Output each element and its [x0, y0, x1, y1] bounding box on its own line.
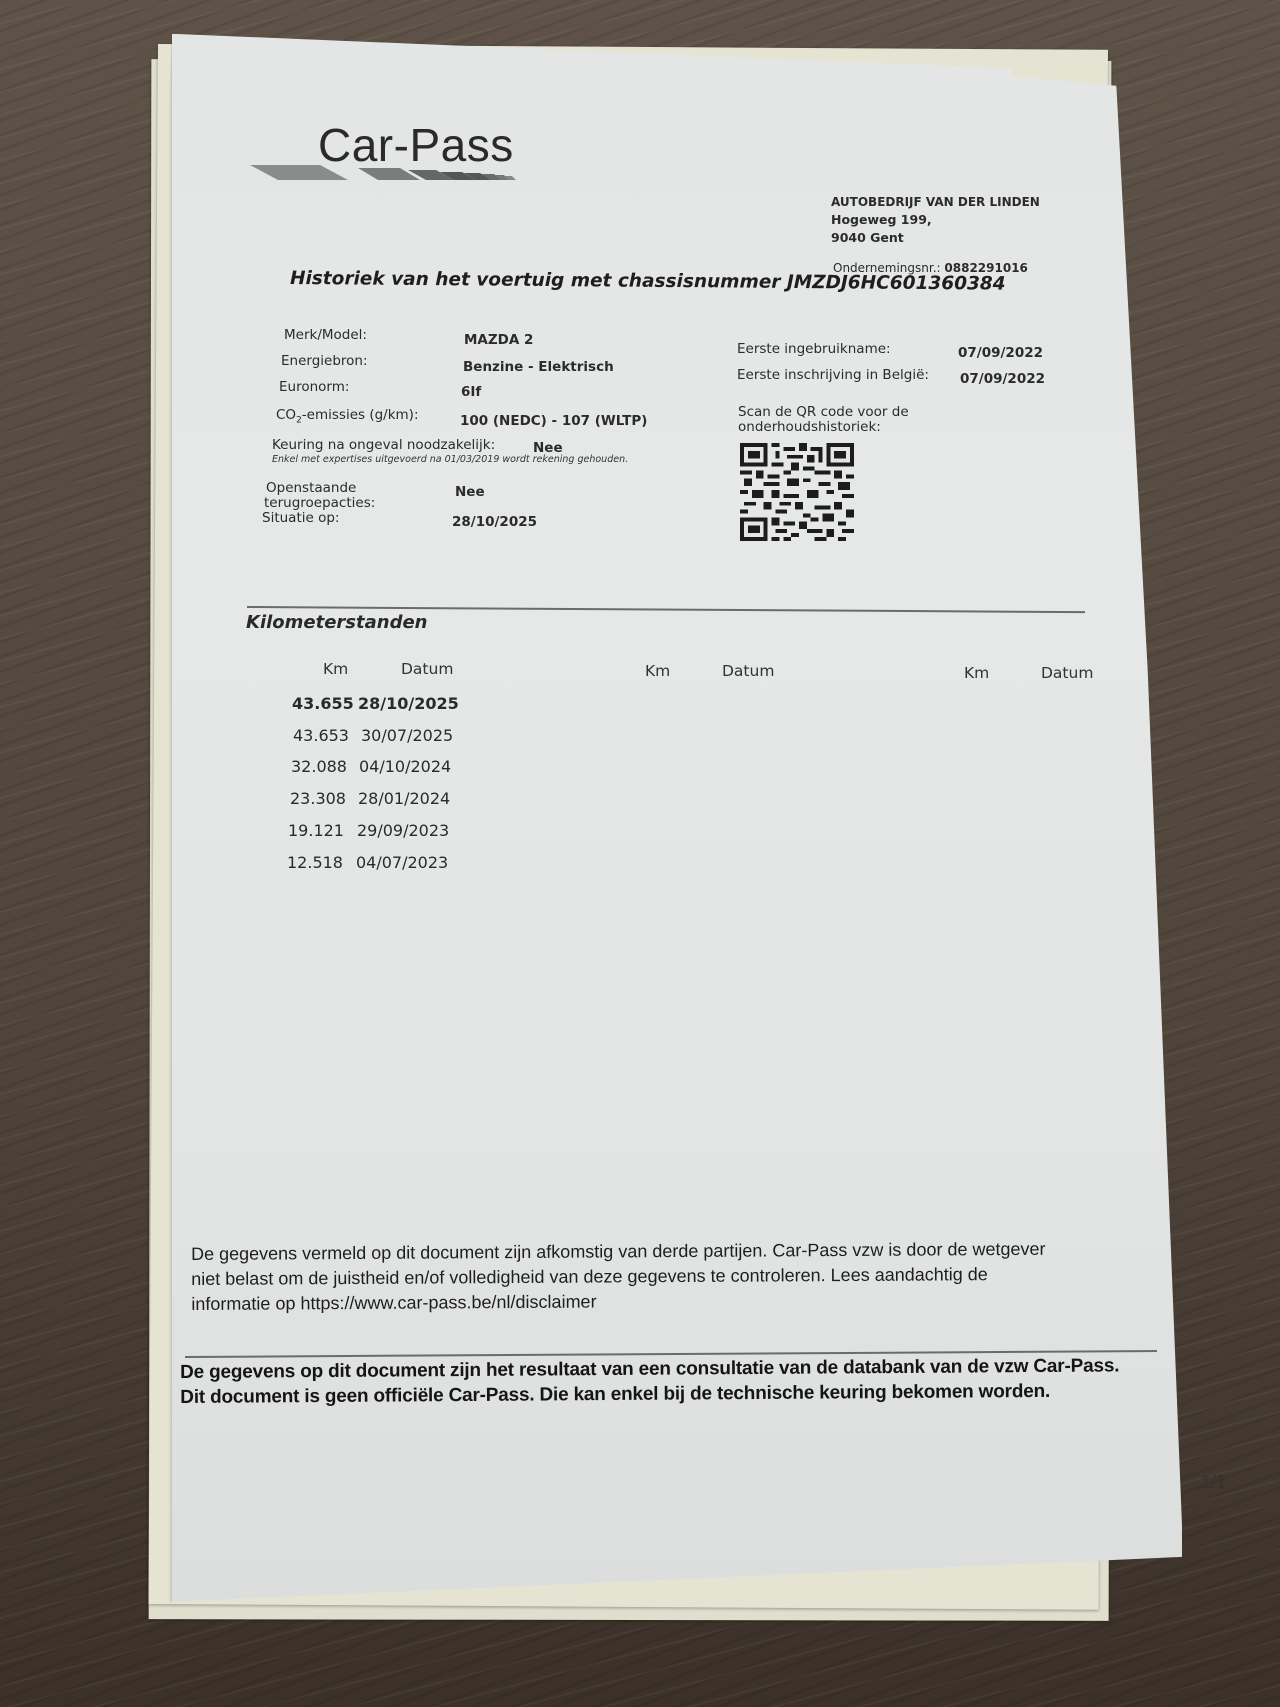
col2-km-header: Km	[645, 662, 670, 680]
open-recalls-label-line2: terugroepacties:	[264, 495, 375, 511]
qr-caption-line1: Scan de QR code voor de	[738, 405, 909, 420]
col1-km-header: Km	[323, 660, 348, 678]
company-name: AUTOBEDRIJF VAN DER LINDEN	[831, 194, 1040, 211]
brand-model-label: Merk/Model:	[284, 327, 367, 343]
co2-label: CO2-emissies (g/km):	[276, 407, 419, 426]
situation-value: 28/10/2025	[452, 514, 537, 530]
col2-date-header: Datum	[722, 662, 774, 680]
mileage-row-km: 23.308	[290, 789, 346, 808]
page-number: 1/1	[1201, 1472, 1226, 1493]
car-pass-stripes-icon	[250, 162, 520, 182]
official-notice: De gegevens op dit document zijn het res…	[180, 1353, 1170, 1410]
mileage-row-date: 29/09/2023	[357, 821, 449, 840]
mileage-row-km: 43.653	[293, 726, 349, 745]
situation-label: Situatie op:	[262, 510, 339, 526]
open-recalls-label-line1: Openstaande	[266, 480, 356, 496]
mileage-row-date: 30/07/2025	[361, 726, 453, 745]
mileage-row-date: 28/10/2025	[358, 694, 459, 713]
col1-date-header: Datum	[401, 660, 453, 678]
mileage-row-km: 19.121	[288, 821, 344, 840]
co2-value: 100 (NEDC) - 107 (WLTP)	[460, 413, 647, 429]
company-street: Hogeweg 199,	[831, 211, 932, 228]
brand-model-value: MAZDA 2	[464, 332, 533, 348]
mileage-section-title: Kilometerstanden	[246, 612, 428, 633]
co2-label-prefix: CO	[276, 407, 296, 423]
inspection-note: Enkel met expertises uitgevoerd na 01/03…	[272, 454, 628, 465]
qr-code-icon[interactable]	[739, 443, 855, 541]
mileage-row-date: 28/01/2024	[358, 789, 450, 808]
euronorm-value: 6If	[461, 384, 481, 400]
first-use-value: 07/09/2022	[958, 345, 1043, 361]
open-recalls-value: Nee	[455, 484, 485, 500]
mileage-row-date: 04/07/2023	[356, 853, 448, 872]
inspection-label: Keuring na ongeval noodzakelijk:	[272, 437, 495, 453]
company-city: 9040 Gent	[831, 229, 904, 246]
col3-km-header: Km	[964, 664, 989, 682]
co2-label-suffix: -emissies (g/km):	[302, 407, 419, 423]
first-registration-value: 07/09/2022	[960, 371, 1045, 387]
qr-caption-line2: onderhoudshistoriek:	[738, 420, 881, 435]
mileage-row-km: 43.655	[292, 694, 354, 713]
mileage-row-km: 12.518	[287, 853, 343, 872]
first-registration-label: Eerste inschrijving in België:	[737, 367, 929, 383]
energy-source-value: Benzine - Elektrisch	[463, 359, 614, 375]
mileage-row-km: 32.088	[291, 757, 347, 776]
col3-date-header: Datum	[1041, 664, 1093, 682]
euronorm-label: Euronorm:	[279, 379, 349, 395]
mileage-row-date: 04/10/2024	[359, 757, 451, 776]
energy-source-label: Energiebron:	[281, 353, 368, 369]
first-use-label: Eerste ingebruikname:	[737, 341, 891, 357]
disclaimer-text: De gegevens vermeld op dit document zijn…	[191, 1236, 1151, 1317]
